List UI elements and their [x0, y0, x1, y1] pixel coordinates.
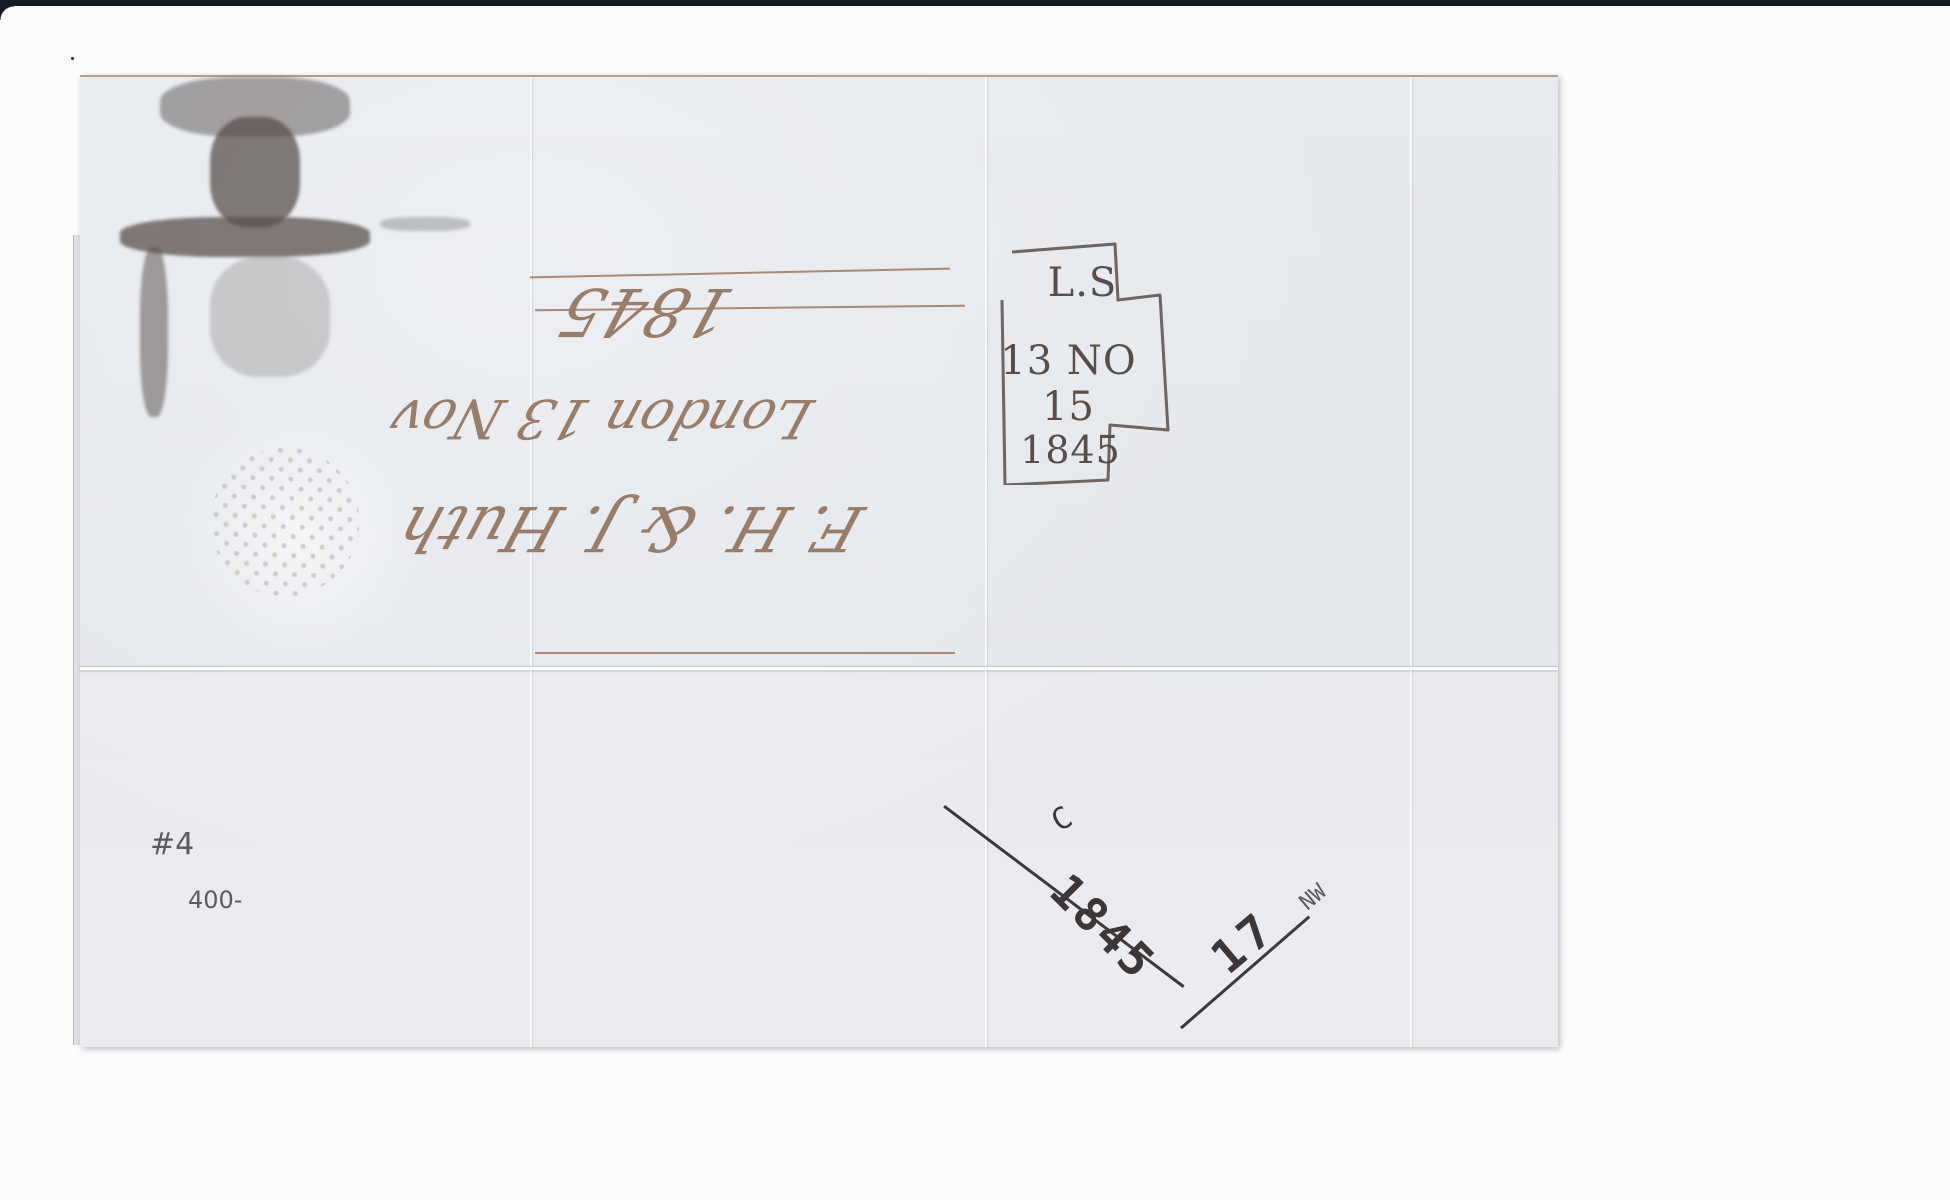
seal-stain: [210, 257, 330, 377]
postmark-year: 1845: [1039, 863, 1167, 991]
diamond-postmark: C 1845 17 NW: [945, 780, 1365, 1040]
cross-postmark: L.S 13 NO 15 1845: [990, 240, 1175, 485]
pencil-lot-number: #4: [150, 830, 194, 860]
scanner-border: [0, 0, 1950, 6]
docket-line-place-date: London 13 Nov: [381, 387, 820, 450]
postmark-day: 17: [1201, 900, 1287, 985]
postmark-fragment: NW: [1295, 879, 1331, 915]
horizontal-fold: [80, 667, 1558, 670]
seal-stain: [210, 117, 300, 227]
dust-speck: [71, 57, 74, 60]
postmark-fragment: C: [1045, 800, 1078, 839]
seal-stain: [140, 247, 168, 417]
docket-line-year: 1845: [550, 273, 743, 350]
ink-rule-line: [535, 652, 955, 654]
postmark-date: 13 NO 15: [976, 338, 1161, 430]
docket-line-sender: F. H. & J. Huth: [389, 492, 872, 565]
postmark-office: L.S: [990, 260, 1175, 306]
postmark-year: 1845: [978, 428, 1163, 472]
pencil-price: 400-: [188, 888, 242, 912]
handwritten-docket: F. H. & J. Huth London 13 Nov 1845: [450, 185, 930, 615]
